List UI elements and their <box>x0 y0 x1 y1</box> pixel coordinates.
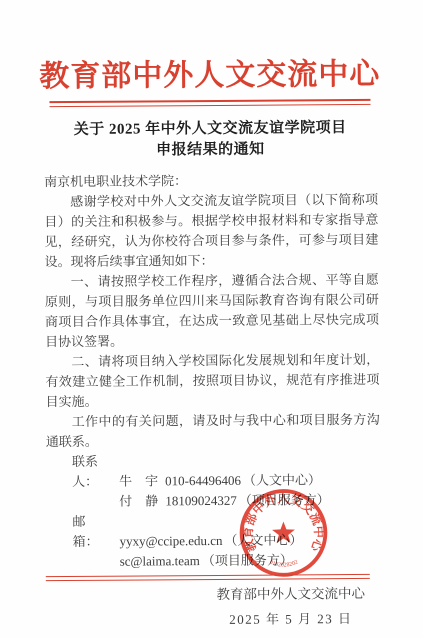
footer-rule <box>46 574 370 581</box>
email-label: 邮 箱： <box>72 511 119 551</box>
paragraph-item-1: 一、请按照学校工作程序，遵循合法合规、平等自愿原则，与项目服务单位四川来马国际教… <box>45 269 380 351</box>
contact-person-affiliation: （人文中心） <box>243 472 321 488</box>
paragraph-item-2: 二、请将项目纳入学校国际化发展规划和年度计划，有效建立健全工作机制，按照项目协议… <box>45 349 379 411</box>
official-seal: 教育部中外人文交流中心 0102028202 <box>237 486 330 579</box>
contact-row-person-1: 联系人：牛 宇010-64496406（人文中心） <box>46 449 380 491</box>
contact-person-name: 牛 宇 <box>119 471 158 491</box>
letterhead-rule-thin <box>50 103 371 106</box>
seal-star-icon <box>272 521 295 543</box>
document-page: 教育部中外人文交流中心 关于 2025 年中外人文交流友谊学院项目 申报结果的通… <box>0 0 423 638</box>
letterhead-org-name: 教育部中外人文交流中心 <box>0 49 421 96</box>
notice-title-line1: 关于 2025 年中外人文交流友谊学院项目 <box>74 120 347 138</box>
email-address: sc@laima.team <box>120 553 200 569</box>
contact-row-email-1: 邮 箱：yyxy@ccipe.edu.cn（人文中心） <box>46 509 380 551</box>
signature-block: 教育部中外人文交流中心 2025 年 5 月 23 日 <box>216 581 365 627</box>
letterhead-rule <box>49 99 370 107</box>
contact-row-person-2: 付 静18109024327（项目服务方） <box>46 489 380 511</box>
contact-person-phone: 010-64496406 <box>165 472 241 488</box>
salutation: 南京机电职业技术学院： <box>44 169 378 191</box>
notice-title-line2: 申报结果的通知 <box>156 141 265 158</box>
email-address: yyxy@ccipe.edu.cn <box>119 532 222 548</box>
footer-rule-line2 <box>46 577 370 580</box>
paragraph-intro: 感谢学校对中外人文交流友谊学院项目（以下简称项目）的关注和积极参与。根据学校申报… <box>44 189 379 271</box>
contact-person-name: 付 静 <box>119 491 158 511</box>
seal-code-holder: 0102028202 <box>268 560 299 569</box>
letterhead-rule-thick <box>49 99 370 103</box>
contact-row-email-2: sc@laima.team（项目服务方） <box>47 549 381 571</box>
contact-label: 联系人： <box>72 451 119 491</box>
paragraph-closing: 工作中的有关问题，请及时与我中心和项目服务方沟通联系。 <box>46 409 380 451</box>
contact-person-phone: 18109024327 <box>165 492 237 507</box>
seal-code: 0102028202 <box>268 560 299 569</box>
footer-rule-line1 <box>46 574 370 577</box>
signature-date: 2025 年 5 月 23 日 <box>217 607 366 627</box>
signature-org: 教育部中外人文交流中心 <box>216 581 365 602</box>
scanned-sheet: 教育部中外人文交流中心 关于 2025 年中外人文交流友谊学院项目 申报结果的通… <box>0 0 423 638</box>
notice-title: 关于 2025 年中外人文交流友谊学院项目 申报结果的通知 <box>0 117 422 162</box>
notice-body: 南京机电职业技术学院： 感谢学校对中外人文交流友谊学院项目（以下简称项目）的关注… <box>44 169 381 571</box>
